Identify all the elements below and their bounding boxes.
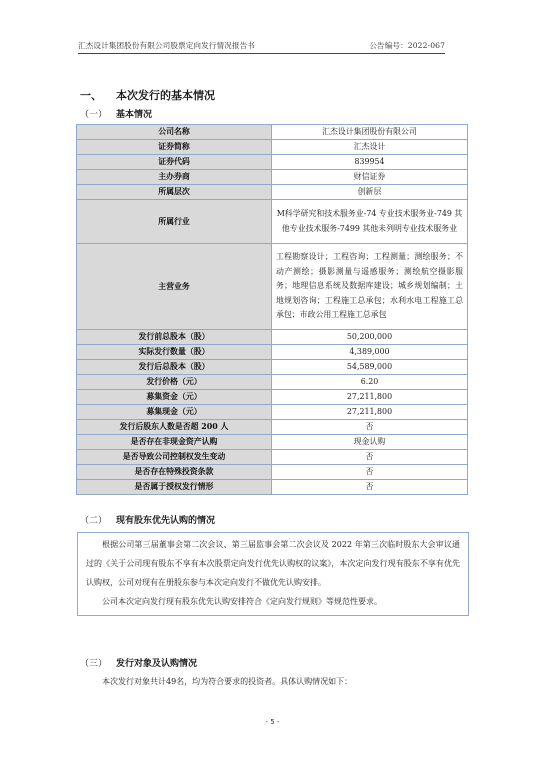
row-label: 证券简称 [77,140,272,155]
announcement-number: 公告编号：2022-067 [369,40,445,51]
subsection-title: 基本情况 [116,107,152,120]
paragraph: 根据公司第三届董事会第二次会议、第三届监事会第二次会议及 2022 年第三次临时… [86,535,460,592]
row-label: 是否存在特殊投资条款 [77,465,272,480]
row-value: 否 [272,480,468,495]
table-row: 证券代码839954 [77,155,468,170]
row-value: 创新层 [272,185,468,200]
table-row: 发行后股东人数是否超 200 人否 [77,420,468,435]
row-value: 汇杰设计集团股份有限公司 [272,125,468,140]
table-row: 所属层次创新层 [77,185,468,200]
subscribers-paragraph: 本次发行对象共计49名，均为符合要求的投资者。具体认购情况如下： [102,676,352,687]
row-label: 是否导致公司控制权发生变动 [77,450,272,465]
section-number: 一、 [80,87,116,103]
page-header: 汇杰设计集团股份有限公司股票定向发行情况报告书 公告编号：2022-067 [78,40,445,54]
subsection-number: （三） [80,656,116,669]
table-row: 证券简称汇杰设计 [77,140,468,155]
section-title: 本次发行的基本情况 [116,87,215,103]
row-value: 6.20 [272,375,468,390]
row-label: 证券代码 [77,155,272,170]
row-label: 募集资金（元） [77,390,272,405]
row-value: 汇杰设计 [272,140,468,155]
row-value: M科学研究和技术服务业-74 专业技术服务业-749 其他专业技术服务-7499… [272,200,468,244]
subsection-number: （二） [80,513,116,526]
row-value: 839954 [272,155,468,170]
row-label: 发行后股东人数是否超 200 人 [77,420,272,435]
row-label: 公司名称 [77,125,272,140]
row-label: 是否属于授权发行情形 [77,480,272,495]
row-value: 否 [272,420,468,435]
table-row: 是否存在特殊投资条款否 [77,465,468,480]
page-number: - 5 - [0,718,545,726]
table-row: 是否属于授权发行情形否 [77,480,468,495]
table-row: 主营业务工程勘察设计；工程咨询；工程测量；测绘服务；不动产测绘；摄影测量与遥感服… [77,244,468,330]
table-row: 公司名称汇杰设计集团股份有限公司 [77,125,468,140]
row-label: 发行前总股本（股） [77,330,272,345]
row-value: 现金认购 [272,435,468,450]
subsection-heading-preemptive-rights: （二） 现有股东优先认购的情况 [80,513,215,526]
row-value: 27,211,800 [272,405,468,420]
subsection-title: 现有股东优先认购的情况 [116,513,215,526]
row-value: 54,589,000 [272,360,468,375]
basic-info-table: 公司名称汇杰设计集团股份有限公司 证券简称汇杰设计 证券代码839954 主办券… [76,124,468,495]
table-row: 是否导致公司控制权发生变动否 [77,450,468,465]
row-value: 4,389,000 [272,345,468,360]
row-label: 主营业务 [77,244,272,330]
row-value: 财信证券 [272,170,468,185]
subsection-heading-subscribers: （三） 发行对象及认购情况 [80,656,197,669]
row-value: 否 [272,450,468,465]
subsection-heading-basic-info: （一） 基本情况 [80,107,152,120]
preemptive-rights-box: 根据公司第三届董事会第二次会议、第三届监事会第二次会议及 2022 年第三次临时… [77,532,469,616]
row-label: 所属行业 [77,200,272,244]
paragraph: 公司本次定向发行现有股东优先认购安排符合《定向发行规则》等规范性要求。 [86,592,460,611]
row-value: 工程勘察设计；工程咨询；工程测量；测绘服务；不动产测绘；摄影测量与遥感服务；测绘… [272,244,468,330]
row-value: 否 [272,465,468,480]
subsection-title: 发行对象及认购情况 [116,656,197,669]
row-label: 所属层次 [77,185,272,200]
table-row: 实际发行数量（股）4,389,000 [77,345,468,360]
row-label: 主办券商 [77,170,272,185]
table-row: 募集资金（元）27,211,800 [77,390,468,405]
row-label: 发行价格（元） [77,375,272,390]
table-row: 发行前总股本（股）50,200,000 [77,330,468,345]
section-heading-1: 一、 本次发行的基本情况 [80,87,215,103]
subsection-number: （一） [80,107,116,120]
row-value: 27,211,800 [272,390,468,405]
row-label: 是否存在非现金资产认购 [77,435,272,450]
row-label: 实际发行数量（股） [77,345,272,360]
table-row: 所属行业M科学研究和技术服务业-74 专业技术服务业-749 其他专业技术服务-… [77,200,468,244]
table-row: 发行价格（元）6.20 [77,375,468,390]
row-label: 募集现金（元） [77,405,272,420]
row-value: 50,200,000 [272,330,468,345]
table-row: 募集现金（元）27,211,800 [77,405,468,420]
document-title: 汇杰设计集团股份有限公司股票定向发行情况报告书 [78,40,255,51]
row-label: 发行后总股本（股） [77,360,272,375]
table-row: 发行后总股本（股）54,589,000 [77,360,468,375]
table-row: 主办券商财信证券 [77,170,468,185]
table-row: 是否存在非现金资产认购现金认购 [77,435,468,450]
